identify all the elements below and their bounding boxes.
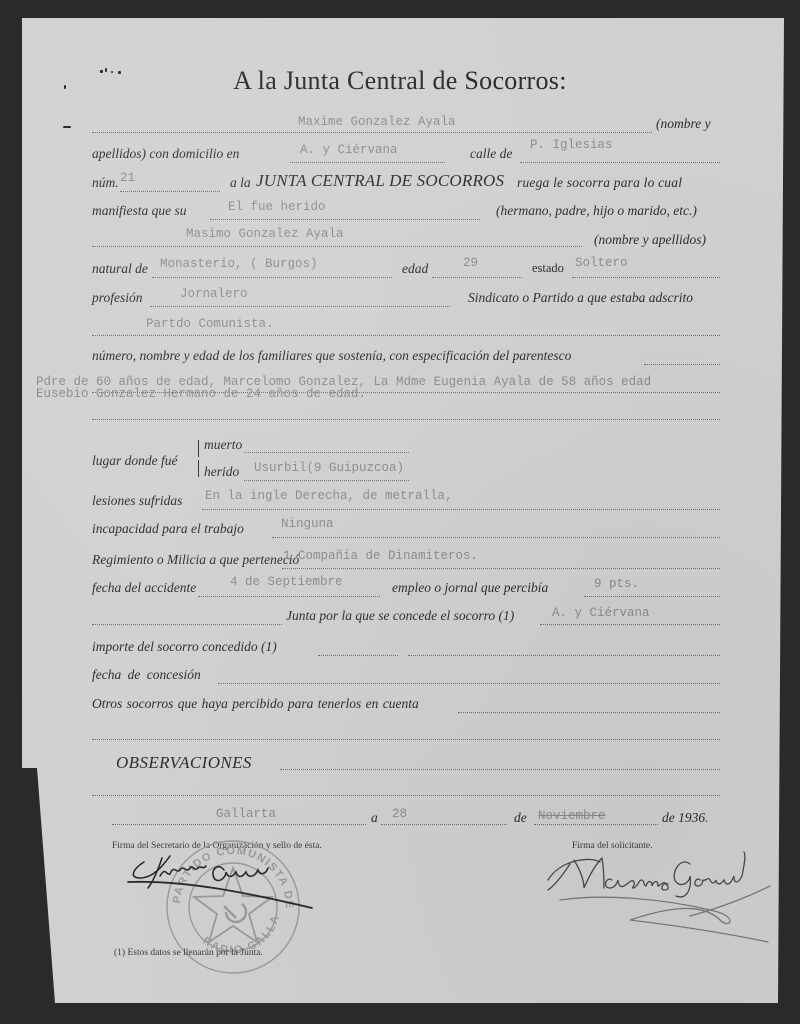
relation-line xyxy=(210,219,480,220)
street-value[interactable]: P. Iglesias xyxy=(530,138,613,152)
victim-name-label: (nombre y apellidos) xyxy=(594,232,706,248)
accident-date-label: fecha del accidente xyxy=(92,580,196,596)
relation-value[interactable]: El fue herido xyxy=(228,200,326,214)
signing-year: de 1936. xyxy=(662,810,709,826)
family-line-3 xyxy=(92,419,720,420)
place-wounded-line xyxy=(244,480,409,481)
footnote: (1) Estos datos se llenarán por la Junta… xyxy=(114,948,263,958)
signing-month-line xyxy=(534,824,658,825)
signing-de-label: de xyxy=(514,810,527,826)
name-line xyxy=(92,132,652,133)
grant-date-line xyxy=(218,683,720,684)
svg-text:RADIO GALLARTA: RADIO GALLARTA xyxy=(155,831,282,957)
secretary-signature-label: Firma del Secretario de la Organización … xyxy=(112,841,322,851)
relation-label: manifiesta que su xyxy=(92,203,187,219)
incapacity-label: incapacidad para el trabajo xyxy=(92,521,244,537)
wage-value[interactable]: 9 pts. xyxy=(594,577,639,591)
family-line-2 xyxy=(92,392,720,393)
granting-junta-value[interactable]: A. y Ciérvana xyxy=(552,606,650,620)
number-label: núm. xyxy=(92,175,119,191)
wage-line xyxy=(584,596,720,597)
regiment-label: Regimiento o Milicia a que perteneció xyxy=(92,552,299,568)
birthplace-value[interactable]: Monasterio, ( Burgos) xyxy=(160,257,318,271)
signing-a-label: a xyxy=(371,810,378,826)
applicant-name-label: (nombre y xyxy=(656,116,711,132)
aid-amount-line xyxy=(318,655,398,656)
brace-top xyxy=(198,440,199,457)
injuries-label: lesiones sufridas xyxy=(92,493,182,509)
injuries-value[interactable]: En la ingle Derecha, de metralla, xyxy=(205,489,453,503)
family-label: número, nombre y edad de los familiares … xyxy=(92,348,571,364)
signing-day-value[interactable]: 28 xyxy=(392,807,407,821)
wage-label: empleo o jornal que percibía xyxy=(392,580,548,596)
grant-date-label: fecha de concesión xyxy=(92,667,201,683)
birthplace-label: natural de xyxy=(92,261,148,277)
applicant-signature-label: Firma del solicitante. xyxy=(572,841,652,851)
incapacity-value[interactable]: Ninguna xyxy=(281,517,334,531)
document-page: A la Junta Central de Socorros: Maxime G… xyxy=(0,0,800,1024)
party-stamp-icon: PARTIDO COMUNISTA DE EUZKADI RADIO GALLA… xyxy=(160,840,310,980)
family-line-1-value[interactable]: Pdre de 60 años de edad, Marcelomo Gonza… xyxy=(36,375,651,389)
number-value[interactable]: 21 xyxy=(120,171,135,185)
observations-label: OBSERVACIONES xyxy=(116,753,252,773)
victim-name-line xyxy=(92,246,582,247)
accident-date-value[interactable]: 4 de Septiembre xyxy=(230,575,343,589)
request-suffix: ruega le socorra para lo cual xyxy=(517,175,682,191)
place-dead-line xyxy=(244,452,409,453)
marital-status-line xyxy=(572,277,720,278)
union-party-value[interactable]: Partdo Comunista. xyxy=(146,317,274,331)
union-party-label: Sindicato o Partido a que estaba adscrit… xyxy=(468,290,693,306)
accident-date-line xyxy=(198,596,380,597)
family-line-2-value[interactable]: Eusebio Gonzalez Hermano de 24 años de e… xyxy=(36,387,366,401)
age-value[interactable]: 29 xyxy=(463,256,478,270)
observations-line xyxy=(280,769,720,770)
street-label: calle de xyxy=(470,146,512,162)
regiment-line xyxy=(282,568,720,569)
street-line xyxy=(520,162,720,163)
brace-bottom xyxy=(198,460,199,477)
applicant-name-value[interactable]: Maxime Gonzalez Ayala xyxy=(298,115,456,129)
injuries-line xyxy=(202,509,720,510)
union-party-line xyxy=(92,335,720,336)
other-aid-line-2 xyxy=(92,739,720,740)
marital-status-value[interactable]: Soltero xyxy=(575,256,628,270)
place-dead-label: muerto xyxy=(204,437,242,453)
domicile-line xyxy=(290,162,445,163)
place-wounded-value[interactable]: Usurbil(9 Guipuzcoa) xyxy=(254,461,404,475)
granting-junta-line xyxy=(540,624,720,625)
observations-line-2 xyxy=(92,795,720,796)
marital-status-label: estado xyxy=(532,261,564,276)
place-wounded-label: herido xyxy=(204,464,239,480)
svg-text:PARTIDO COMUNISTA DE EUZKADI: PARTIDO COMUNISTA DE EUZKADI xyxy=(155,831,295,910)
regiment-value[interactable]: 1 Compañía de Dinamiteros. xyxy=(283,549,478,563)
signing-day-line xyxy=(381,824,507,825)
profession-value[interactable]: Jornalero xyxy=(180,287,248,301)
granting-junta-lead-line xyxy=(92,624,282,625)
other-aid-line xyxy=(458,712,720,713)
junta-name: JUNTA CENTRAL DE SOCORROS xyxy=(256,171,504,191)
place-label: lugar donde fué xyxy=(92,453,178,469)
aid-amount-label: importe del socorro concedido (1) xyxy=(92,639,277,655)
other-aid-label: Otros socorros que haya percibido para t… xyxy=(92,696,419,712)
secretary-signature: Filomeno Orozco xyxy=(124,852,324,912)
number-line xyxy=(120,191,220,192)
incapacity-line xyxy=(272,537,720,538)
request-prefix: a la xyxy=(230,175,251,191)
applicant-signature: Maximo Gonsalez xyxy=(540,850,790,940)
profession-line xyxy=(150,306,450,307)
granting-junta-label: Junta por la que se concede el socorro (… xyxy=(286,608,514,624)
signing-place-line xyxy=(112,824,366,825)
relation-hint: (hermano, padre, hijo o marido, etc.) xyxy=(496,203,697,219)
domicile-value[interactable]: A. y Ciérvana xyxy=(300,143,398,157)
age-line xyxy=(432,277,522,278)
profession-label: profesión xyxy=(92,290,143,306)
page-title: A la Junta Central de Socorros: xyxy=(0,66,800,96)
signing-month-value[interactable]: Noviembre xyxy=(538,809,606,823)
signing-place-value[interactable]: Gallarta xyxy=(216,807,276,821)
birthplace-line xyxy=(152,277,392,278)
aid-amount-line-2 xyxy=(408,655,720,656)
domicile-label: apellidos) con domicilio en xyxy=(92,146,239,162)
family-line xyxy=(644,364,720,365)
age-label: edad xyxy=(402,261,428,277)
victim-name-value[interactable]: Masimo Gonzalez Ayala xyxy=(186,227,344,241)
